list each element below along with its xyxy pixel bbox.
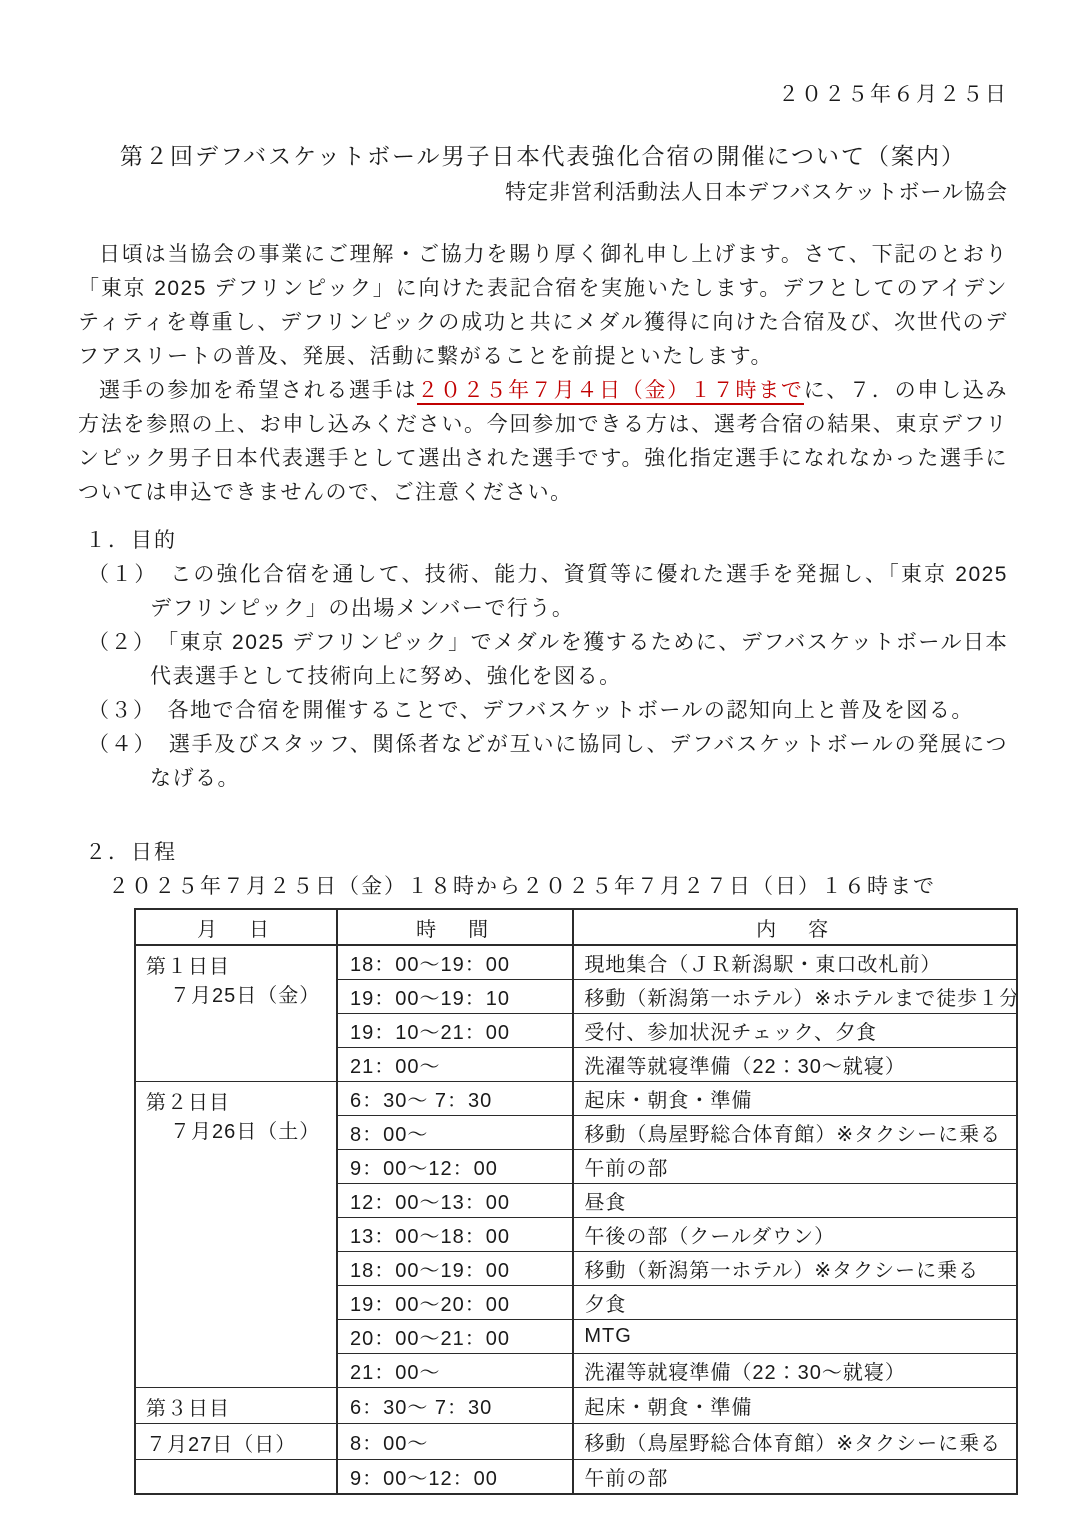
header-date-column: 月 日 bbox=[135, 909, 337, 945]
time-cell: 6：30～ 7：30 bbox=[337, 1082, 573, 1116]
table-row: 9：00～12：00 午前の部 bbox=[135, 1460, 1017, 1495]
day3-date-cell: ７月27日（日） bbox=[135, 1424, 337, 1460]
time-cell: 9：00～12：00 bbox=[337, 1150, 573, 1184]
time-cell: 6：30～ 7：30 bbox=[337, 1388, 573, 1424]
content-cell: 起床・朝食・準備 bbox=[573, 1388, 1017, 1424]
content-cell: 洗濯等就寝準備（22：30～就寝） bbox=[573, 1354, 1017, 1388]
application-text-before: 選手の参加を希望される選手は bbox=[99, 379, 417, 402]
day2-cell: 第２日目 ７月26日（土） bbox=[135, 1082, 337, 1388]
purpose-item-2: （２） 「東京 2025 デフリンピック」でメダルを獲するために、デフバスケット… bbox=[88, 626, 1008, 694]
day1-cell: 第１日目 ７月25日（金） bbox=[135, 945, 337, 1082]
schedule-period: ２０２５年７月２５日（金）１８時から２０２５年７月２７日（日）１６時まで bbox=[108, 870, 1008, 904]
day3-cell: 第３日目 bbox=[135, 1388, 337, 1424]
time-cell: 9：00～12：00 bbox=[337, 1460, 573, 1495]
time-cell: 13：00～18：00 bbox=[337, 1218, 573, 1252]
day2-date: ７月26日（土） bbox=[146, 1115, 330, 1144]
content-cell: 夕食 bbox=[573, 1286, 1017, 1320]
content-cell: 受付、参加状況チェック、夕食 bbox=[573, 1014, 1017, 1048]
time-cell: 21：00～ bbox=[337, 1354, 573, 1388]
header-content-column: 内 容 bbox=[573, 909, 1017, 945]
day1-date: ７月25日（金） bbox=[146, 979, 330, 1008]
application-paragraph: 選手の参加を希望される選手は２０２５年７月４日（金）１７時までに、７．の申し込み… bbox=[78, 374, 1008, 510]
application-deadline: ２０２５年７月４日（金）１７時まで bbox=[417, 379, 803, 405]
organization-name: 特定非営利活動法人日本デフバスケットボール協会 bbox=[78, 180, 1008, 206]
time-cell: 18：00～19：00 bbox=[337, 1252, 573, 1286]
issue-date: ２０２５年６月２５日 bbox=[78, 82, 1008, 108]
day3-empty-cell bbox=[135, 1460, 337, 1495]
content-cell: 移動（鳥屋野総合体育館）※タクシーに乗る bbox=[573, 1116, 1017, 1150]
day2-label: 第２日目 bbox=[146, 1086, 330, 1115]
time-cell: 18：00～19：00 bbox=[337, 945, 573, 980]
time-cell: 20：00～21：00 bbox=[337, 1320, 573, 1354]
purpose-item-4: （４） 選手及びスタッフ、関係者などが互いに協同し、デフバスケットボールの発展に… bbox=[88, 728, 1008, 796]
content-cell: 移動（新潟第一ホテル）※ホテルまで徒歩１分 bbox=[573, 980, 1017, 1014]
schedule-heading: ２．日程 bbox=[85, 836, 1008, 870]
time-cell: 12：00～13：00 bbox=[337, 1184, 573, 1218]
content-cell: 移動（新潟第一ホテル）※タクシーに乗る bbox=[573, 1252, 1017, 1286]
time-cell: 21：00～ bbox=[337, 1048, 573, 1082]
purpose-item-3: （３） 各地で合宿を開催することで、デフバスケットボールの認知向上と普及を図る。 bbox=[88, 694, 1008, 728]
purpose-item-1: （１） この強化合宿を通して、技術、能力、資質等に優れた選手を発掘し、「東京 2… bbox=[88, 558, 1008, 626]
content-cell: MTG bbox=[573, 1320, 1017, 1354]
document-title: 第２回デフバスケットボール男子日本代表強化合宿の開催について（案内） bbox=[78, 140, 1008, 172]
document-page: ２０２５年６月２５日 第２回デフバスケットボール男子日本代表強化合宿の開催につい… bbox=[0, 0, 1086, 1536]
table-header-row: 月 日 時 間 内 容 bbox=[135, 909, 1017, 945]
content-cell: 洗濯等就寝準備（22：30～就寝） bbox=[573, 1048, 1017, 1082]
header-time-column: 時 間 bbox=[337, 909, 573, 945]
content-cell: 昼食 bbox=[573, 1184, 1017, 1218]
time-cell: 8：00～ bbox=[337, 1424, 573, 1460]
time-cell: 19：00～19：10 bbox=[337, 980, 573, 1014]
content-cell: 移動（鳥屋野総合体育館）※タクシーに乗る bbox=[573, 1424, 1017, 1460]
time-cell: 8：00～ bbox=[337, 1116, 573, 1150]
time-cell: 19：10～21：00 bbox=[337, 1014, 573, 1048]
content-cell: 起床・朝食・準備 bbox=[573, 1082, 1017, 1116]
table-row: 第３日目 6：30～ 7：30 起床・朝食・準備 bbox=[135, 1388, 1017, 1424]
purpose-heading: １．目的 bbox=[85, 524, 1008, 558]
time-cell: 19：00～20：00 bbox=[337, 1286, 573, 1320]
table-row: ７月27日（日） 8：00～ 移動（鳥屋野総合体育館）※タクシーに乗る bbox=[135, 1424, 1017, 1460]
table-row: 第２日目 ７月26日（土） 6：30～ 7：30 起床・朝食・準備 bbox=[135, 1082, 1017, 1116]
content-cell: 現地集合（ＪＲ新潟駅・東口改札前） bbox=[573, 945, 1017, 980]
schedule-table: 月 日 時 間 内 容 第１日目 ７月25日（金） 18：00～19：00 現地… bbox=[134, 908, 1018, 1495]
content-cell: 午後の部（クールダウン） bbox=[573, 1218, 1017, 1252]
intro-paragraph: 日頃は当協会の事業にご理解・ご協力を賜り厚く御礼申し上げます。さて、下記のとおり… bbox=[78, 238, 1008, 374]
table-row: 第１日目 ７月25日（金） 18：00～19：00 現地集合（ＪＲ新潟駅・東口改… bbox=[135, 945, 1017, 980]
purpose-list: （１） この強化合宿を通して、技術、能力、資質等に優れた選手を発掘し、「東京 2… bbox=[78, 558, 1008, 796]
day1-label: 第１日目 bbox=[146, 950, 330, 979]
content-cell: 午前の部 bbox=[573, 1460, 1017, 1495]
content-cell: 午前の部 bbox=[573, 1150, 1017, 1184]
